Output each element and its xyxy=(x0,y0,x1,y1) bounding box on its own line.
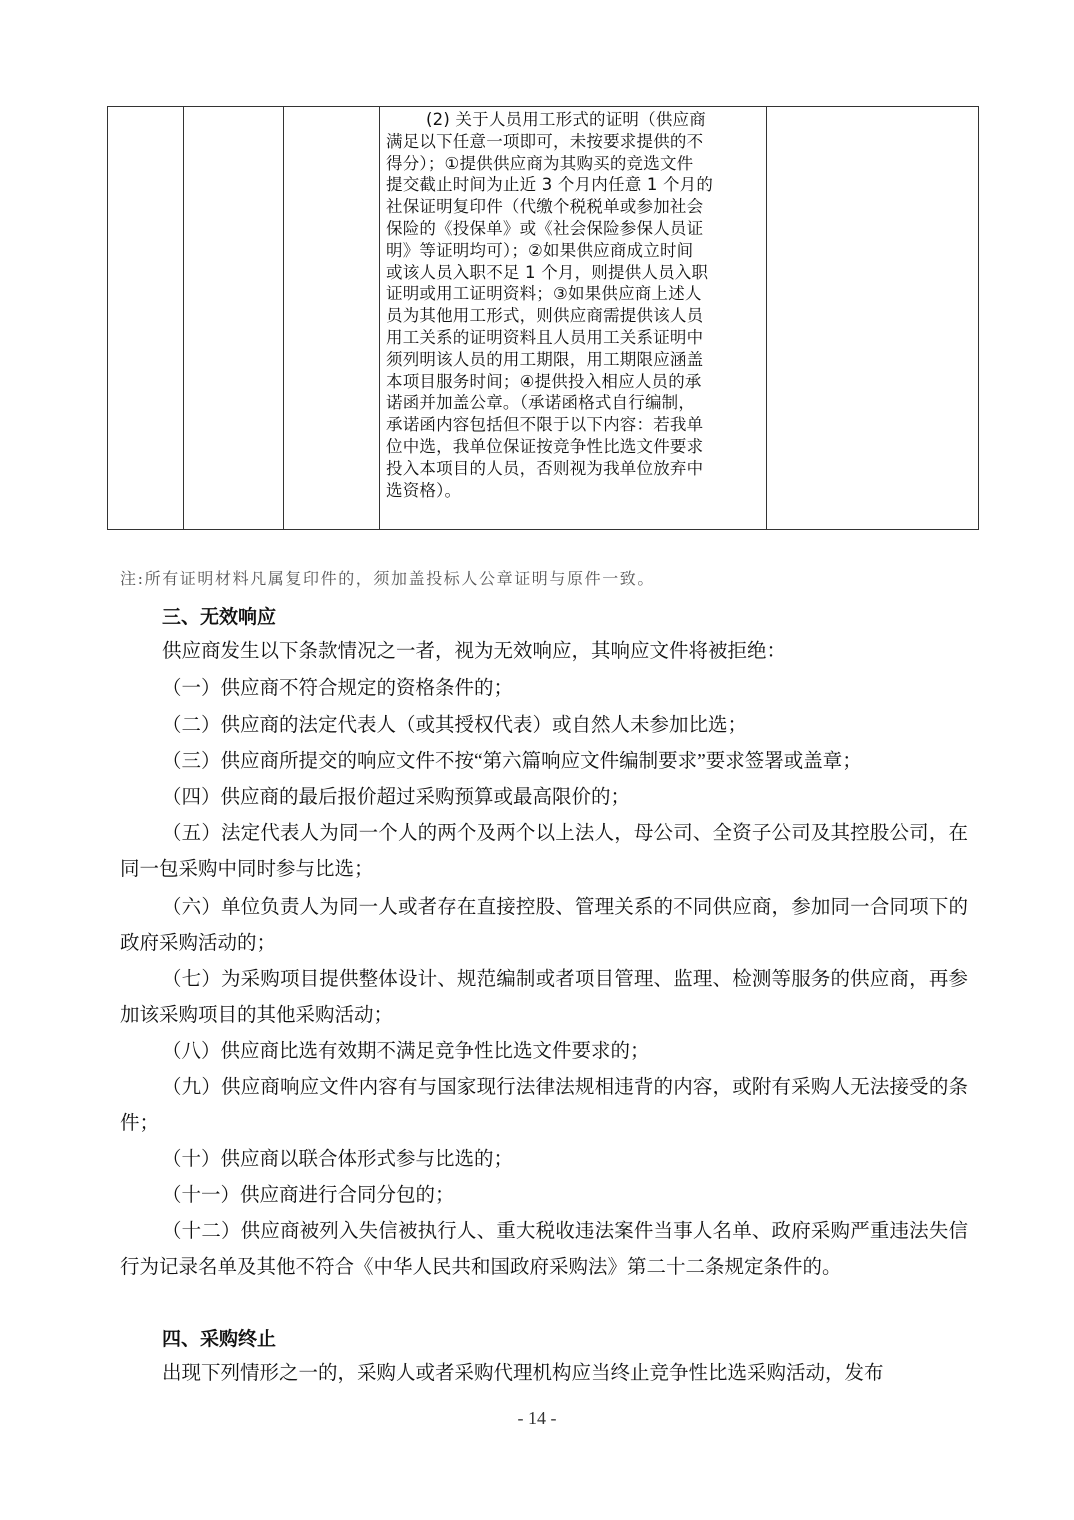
document-page: (2) 关于人员用工形式的证明（供应商 满足以下任意一项即可，未按要求提供的不 … xyxy=(0,0,1074,1520)
page-number: - 14 - xyxy=(0,1408,1074,1429)
section-heading-invalid-response: 三、无效响应 xyxy=(162,602,276,629)
list-item: （三）供应商所提交的响应文件不按“第六篇响应文件编制要求”要求签署或盖章； xyxy=(120,744,968,780)
cell-line: 或该人员入职不足 1 个月，则提供人员入职 xyxy=(386,262,760,284)
requirements-table: (2) 关于人员用工形式的证明（供应商 满足以下任意一项即可，未按要求提供的不 … xyxy=(107,106,979,530)
cell-line: 本项目服务时间；④提供投入相应人员的承 xyxy=(386,371,760,393)
cell-line: 社保证明复印件（代缴个税税单或参加社会 xyxy=(386,196,760,218)
cell-line: 员为其他用工形式，则供应商需提供该人员 xyxy=(386,305,760,327)
cell-line: 提交截止时间为止近 3 个月内任意 1 个月的 xyxy=(386,174,760,196)
cell-line: 用工关系的证明资料且人员用工关系证明中 xyxy=(386,327,760,349)
cell-line: (2) 关于人员用工形式的证明（供应商 xyxy=(386,109,760,131)
personnel-employment-proof-text: (2) 关于人员用工形式的证明（供应商 满足以下任意一项即可，未按要求提供的不 … xyxy=(380,107,766,501)
cell-line: 投入本项目的人员，否则视为我单位放弃中 xyxy=(386,458,760,480)
list-item: （六）单位负责人为同一人或者存在直接控股、管理关系的不同供应商，参加同一合同项下… xyxy=(120,890,968,962)
cell-line: 满足以下任意一项即可，未按要求提供的不 xyxy=(386,131,760,153)
list-item: （一）供应商不符合规定的资格条件的； xyxy=(120,671,968,707)
note-text: 注:所有证明材料凡属复印件的，须加盖投标人公章证明与原件一致。 xyxy=(120,566,655,589)
list-item: （十一）供应商进行合同分包的； xyxy=(120,1178,968,1214)
cell-line: 明》等证明均可）；②如果供应商成立时间 xyxy=(386,240,760,262)
cell-line: 须列明该人员的用工期限，用工期限应涵盖 xyxy=(386,349,760,371)
list-item: （十二）供应商被列入失信被执行人、重大税收违法案件当事人名单、政府采购严重违法失… xyxy=(120,1214,968,1286)
list-item: （四）供应商的最后报价超过采购预算或最高限价的； xyxy=(120,780,968,816)
table-row: (2) 关于人员用工形式的证明（供应商 满足以下任意一项即可，未按要求提供的不 … xyxy=(108,107,979,530)
list-item: （五）法定代表人为同一个人的两个及两个以上法人，母公司、全资子公司及其控股公司，… xyxy=(120,816,968,888)
table-cell-5 xyxy=(767,107,979,530)
list-item: （九）供应商响应文件内容有与国家现行法律法规相违背的内容，或附有采购人无法接受的… xyxy=(120,1070,968,1142)
list-item: （二）供应商的法定代表人（或其授权代表）或自然人未参加比选； xyxy=(120,708,968,744)
list-item: （十）供应商以联合体形式参与比选的； xyxy=(120,1142,968,1178)
list-item: （八）供应商比选有效期不满足竞争性比选文件要求的； xyxy=(120,1034,968,1070)
section3-intro: 供应商发生以下条款情况之一者，视为无效响应，其响应文件将被拒绝： xyxy=(120,634,968,670)
section-heading-procurement-termination: 四、采购终止 xyxy=(162,1324,276,1351)
table-cell-1 xyxy=(108,107,184,530)
cell-line: 选资格）。 xyxy=(386,480,760,502)
cell-line: 位中选，我单位保证按竞争性比选文件要求 xyxy=(386,436,760,458)
cell-line: 诺函并加盖公章。（承诺函格式自行编制， xyxy=(386,392,760,414)
cell-line: 得分）；①提供供应商为其购买的竞选文件 xyxy=(386,153,760,175)
cell-line: 证明或用工证明资料；③如果供应商上述人 xyxy=(386,283,760,305)
cell-line: 承诺函内容包括但不限于以下内容：若我单 xyxy=(386,414,760,436)
list-item: （七）为采购项目提供整体设计、规范编制或者项目管理、监理、检测等服务的供应商，再… xyxy=(120,962,968,1034)
table-cell-2 xyxy=(184,107,284,530)
cell-line: 保险的《投保单》或《社会保险参保人员证 xyxy=(386,218,760,240)
table-cell-content: (2) 关于人员用工形式的证明（供应商 满足以下任意一项即可，未按要求提供的不 … xyxy=(380,107,767,530)
section4-intro: 出现下列情形之一的，采购人或者采购代理机构应当终止竞争性比选采购活动，发布 xyxy=(120,1356,968,1392)
table-cell-3 xyxy=(284,107,380,530)
